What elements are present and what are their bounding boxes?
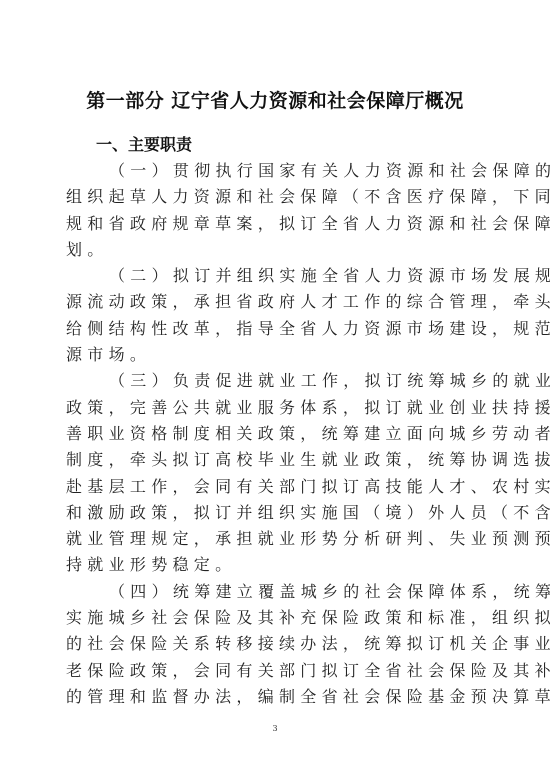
text-line: 规和省政府规章草案，拟订全省人力资源和社会保障事业发展规 bbox=[66, 211, 478, 237]
text-line: 的管理和监督办法，编制全省社会保险基金预决算草案，参与拟 bbox=[66, 684, 478, 710]
paragraph-1: （一）贯彻执行国家有关人力资源和社会保障的法律法规， 组织起草人力资源和社会保障… bbox=[66, 158, 478, 263]
text-line: （二）拟订并组织实施全省人力资源市场发展规划和人力资 bbox=[66, 263, 478, 289]
section-heading: 一、主要职责 bbox=[96, 132, 192, 155]
text-line: （四）统筹建立覆盖城乡的社会保障体系，统筹拟订并组织 bbox=[66, 579, 478, 605]
paragraph-2: （二）拟订并组织实施全省人力资源市场发展规划和人力资 源流动政策，承担省政府人才… bbox=[66, 263, 478, 368]
text-line: 实施城乡社会保险及其补充保险政策和标准，组织拟订全省统一 bbox=[66, 605, 478, 631]
page-title: 第一部分 辽宁省人力资源和社会保障厅概况 bbox=[0, 86, 550, 113]
text-line: 组织起草人力资源和社会保障（不含医疗保障，下同）地方性法 bbox=[66, 184, 478, 210]
text-line: 和激励政策，拟订并组织实施国（境）外人员（不含专家）来辽 bbox=[66, 500, 478, 526]
text-line: 政策，完善公共就业服务体系，拟订就业创业扶持援助政策，完 bbox=[66, 395, 478, 421]
text-line: 持就业形势稳定。 bbox=[66, 552, 478, 578]
document-page: 第一部分 辽宁省人力资源和社会保障厅概况 一、主要职责 （一）贯彻执行国家有关人… bbox=[0, 0, 550, 777]
text-line: （三）负责促进就业工作，拟订统筹城乡的就业发展规划和 bbox=[66, 368, 478, 394]
text-line: 源流动政策，承担省政府人才工作的综合管理，牵头推进人才供 bbox=[66, 289, 478, 315]
text-line: 的社会保险关系转移接续办法，统筹拟订机关企事业单位基本养 bbox=[66, 631, 478, 657]
text-line: 划。 bbox=[66, 237, 478, 263]
text-line: 老保险政策，会同有关部门拟订全省社会保险及其补充保险基金 bbox=[66, 658, 478, 684]
text-line: 就业管理规定，承担就业形势分析研判、失业预测预警工作，保 bbox=[66, 526, 478, 552]
text-line: 源市场。 bbox=[66, 342, 478, 368]
text-line: 制度，牵头拟订高校毕业生就业政策，统筹协调选拔高校毕业生 bbox=[66, 447, 478, 473]
text-line: （一）贯彻执行国家有关人力资源和社会保障的法律法规， bbox=[66, 158, 478, 184]
text-line: 善职业资格制度相关政策，统筹建立面向城乡劳动者的职业培训 bbox=[66, 421, 478, 447]
page-number: 3 bbox=[0, 724, 550, 733]
paragraph-3: （三）负责促进就业工作，拟订统筹城乡的就业发展规划和 政策，完善公共就业服务体系… bbox=[66, 368, 478, 578]
paragraph-4: （四）统筹建立覆盖城乡的社会保障体系，统筹拟订并组织 实施城乡社会保险及其补充保… bbox=[66, 579, 478, 710]
text-line: 赴基层工作，会同有关部门拟订高技能人才、农村实用人才培养 bbox=[66, 474, 478, 500]
text-line: 给侧结构性改革，指导全省人力资源市场建设，规范全省人力资 bbox=[66, 316, 478, 342]
body-text: （一）贯彻执行国家有关人力资源和社会保障的法律法规， 组织起草人力资源和社会保障… bbox=[66, 158, 478, 710]
